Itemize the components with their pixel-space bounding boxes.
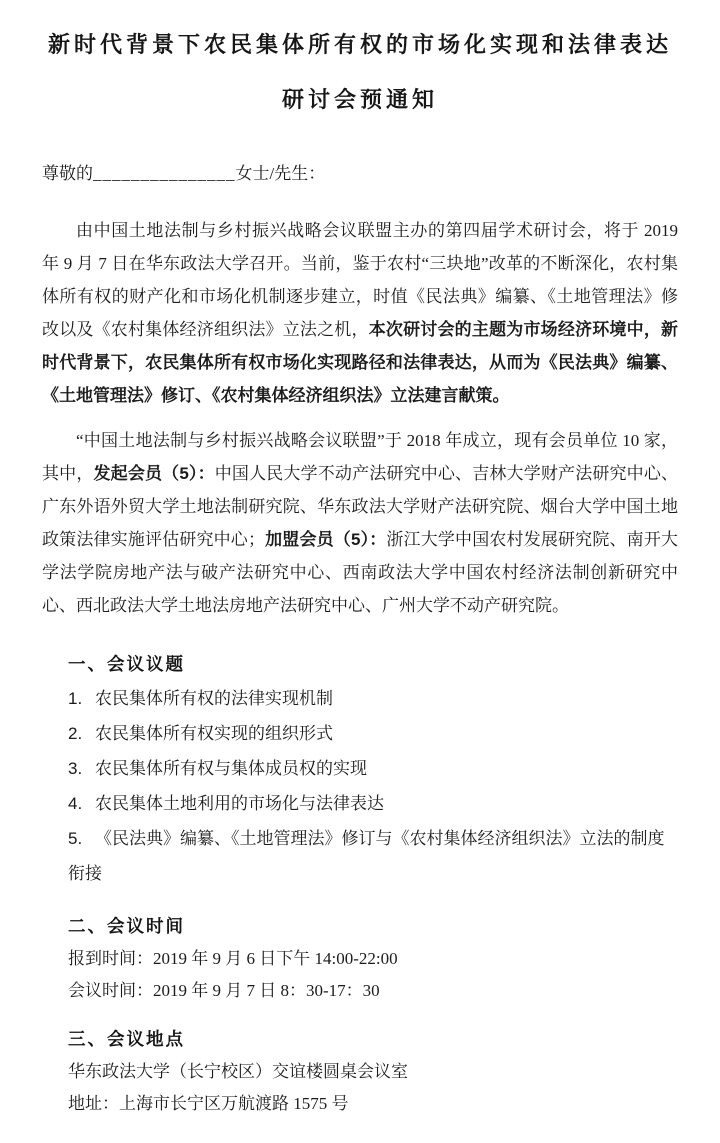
agenda-item-2-text: 农民集体所有权实现的组织形式 (95, 724, 333, 743)
agenda-section: 一、会议议题 1.农民集体所有权的法律实现机制 2.农民集体所有权实现的组织形式… (68, 648, 678, 891)
document-title-line2: 研讨会预通知 (282, 87, 438, 112)
intro-paragraph: 由中国土地法制与乡村振兴战略会议联盟主办的第四届学术研讨会，将于 2019 年 … (42, 214, 678, 412)
agenda-item-3-text: 农民集体所有权与集体成员权的实现 (95, 759, 367, 778)
salutation-prefix: 尊敬的 (42, 164, 93, 183)
agenda-item-3-number: 3. (68, 751, 84, 786)
alliance-paragraph: “中国土地法制与乡村振兴战略会议联盟”于 2018 年成立，现有会员单位 10 … (42, 424, 678, 622)
agenda-item-2: 2.农民集体所有权实现的组织形式 (68, 716, 678, 751)
agenda-heading: 一、会议议题 (68, 648, 678, 681)
meeting-time-line: 会议时间：2019 年 9 月 7 日 8：30-17：30 (68, 975, 678, 1007)
schedule-section: 二、会议时间 报到时间：2019 年 9 月 6 日下午 14:00-22:00… (68, 910, 678, 1007)
venue-room-line: 华东政法大学（长宁校区）交谊楼圆桌会议室 (68, 1056, 678, 1088)
agenda-item-4: 4.农民集体土地利用的市场化与法律表达 (68, 786, 678, 821)
venue-address-line: 地址：上海市长宁区万航渡路 1575 号 (68, 1088, 678, 1120)
document-title: 新时代背景下农民集体所有权的市场化实现和法律表达 研讨会预通知 (0, 17, 720, 127)
salutation-name-blank: _______________ (93, 164, 236, 183)
agenda-item-5: 5.《民法典》编纂、《土地管理法》修订与《农村集体经济组织法》立法的制度衔接 (68, 821, 678, 891)
agenda-item-2-number: 2. (68, 716, 84, 751)
registration-time-line: 报到时间：2019 年 9 月 6 日下午 14:00-22:00 (68, 943, 678, 975)
agenda-item-1-text: 农民集体所有权的法律实现机制 (95, 689, 333, 708)
salutation-suffix: 女士/先生： (236, 164, 326, 183)
venue-heading: 三、会议地点 (68, 1023, 678, 1056)
agenda-item-3: 3.农民集体所有权与集体成员权的实现 (68, 751, 678, 786)
agenda-item-1: 1.农民集体所有权的法律实现机制 (68, 681, 678, 716)
agenda-item-4-text: 农民集体土地利用的市场化与法律表达 (95, 794, 384, 813)
venue-section: 三、会议地点 华东政法大学（长宁校区）交谊楼圆桌会议室 地址：上海市长宁区万航渡… (68, 1023, 678, 1120)
founding-members-label: 发起会员（5）： (94, 464, 215, 483)
salutation-line: 尊敬的_______________女士/先生： (42, 157, 678, 190)
agenda-list: 1.农民集体所有权的法律实现机制 2.农民集体所有权实现的组织形式 3.农民集体… (68, 681, 678, 891)
agenda-item-5-number: 5. (68, 821, 84, 856)
agenda-item-1-number: 1. (68, 681, 84, 716)
notice-document: 新时代背景下农民集体所有权的市场化实现和法律表达 研讨会预通知 尊敬的_____… (0, 0, 720, 1143)
joining-members-label: 加盟会员（5）： (265, 530, 386, 549)
document-title-line1: 新时代背景下农民集体所有权的市场化实现和法律表达 (48, 32, 672, 57)
schedule-heading: 二、会议时间 (68, 910, 678, 943)
agenda-item-5-text: 《民法典》编纂、《土地管理法》修订与《农村集体经济组织法》立法的制度衔接 (68, 829, 665, 883)
agenda-item-4-number: 4. (68, 786, 84, 821)
